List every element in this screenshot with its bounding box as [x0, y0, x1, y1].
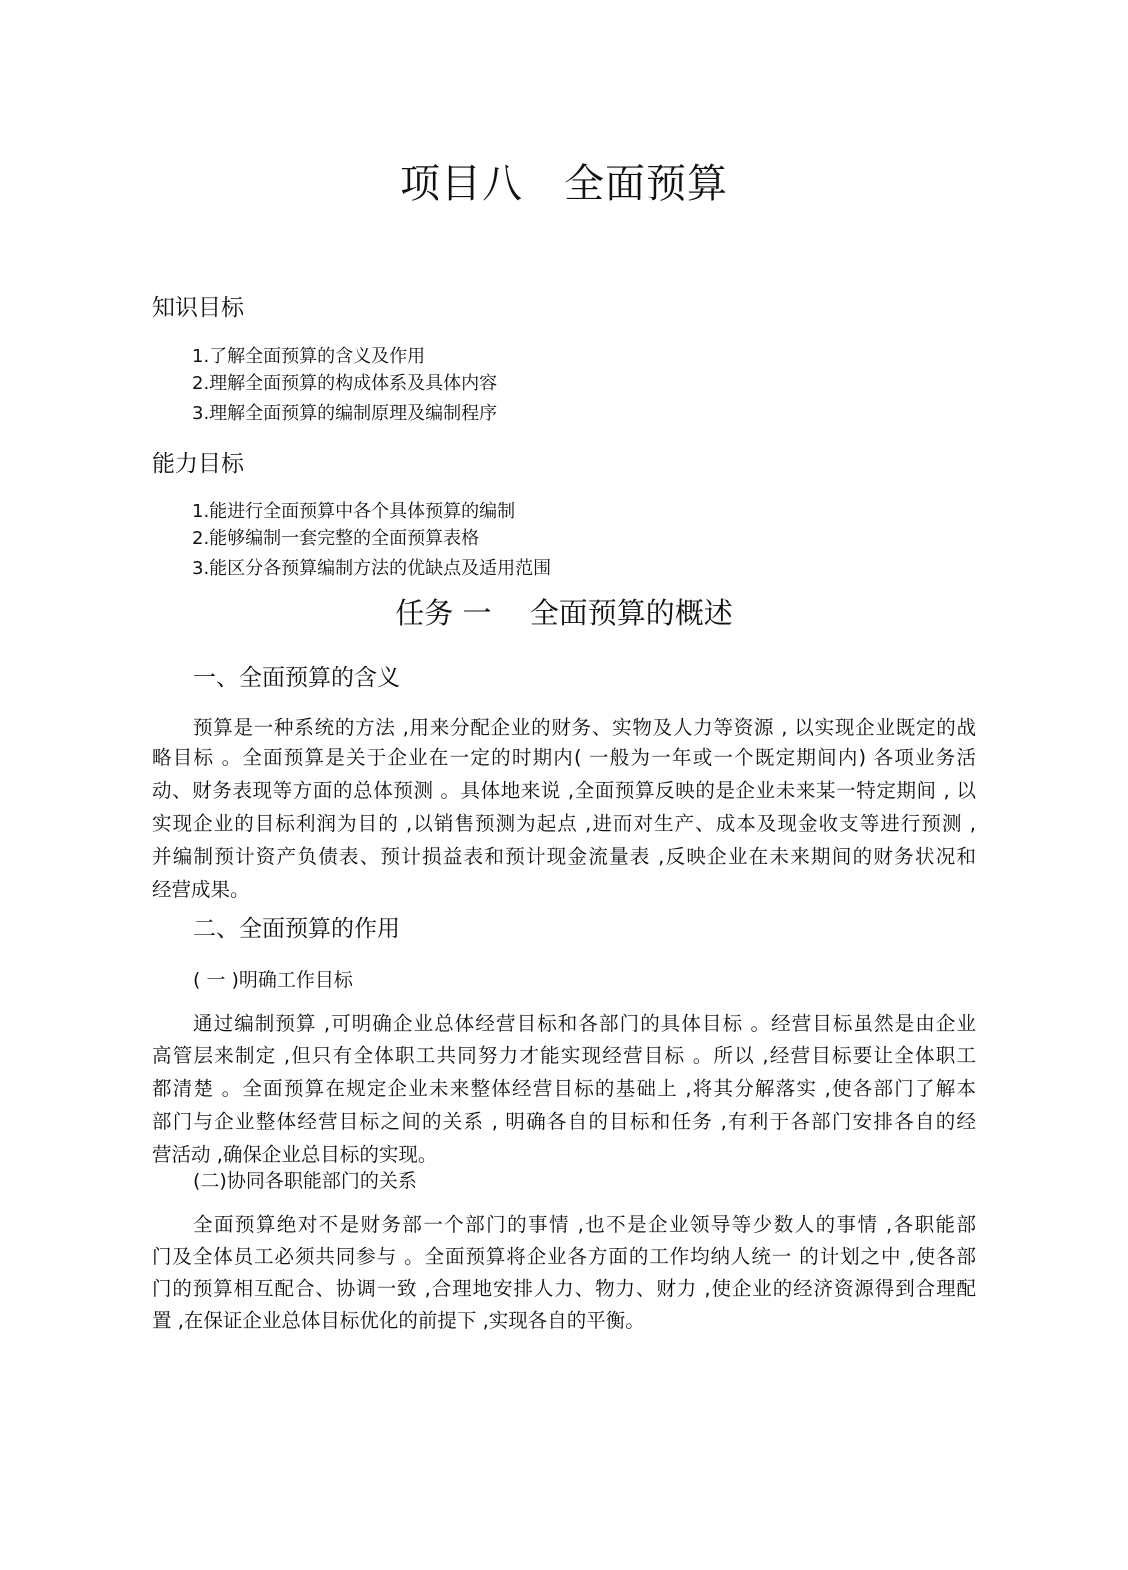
paragraph-line: 都清楚 。全面预算在规定企业未来整体经营目标的基础上 ,将其分解落实 ,使各部门…: [152, 1073, 976, 1101]
knowledge-goal-item: 1.了解全面预算的含义及作用: [192, 342, 425, 368]
paragraph-line: 并编制预计资产负债表、预计损益表和预计现金流量表 ,反映企业在未来期间的财务状况…: [152, 841, 976, 869]
knowledge-goal-item: 2.理解全面预算的构成体系及具体内容: [192, 369, 497, 395]
ability-goal-item: 3.能区分各预算编制方法的优缺点及适用范围: [192, 554, 551, 580]
knowledge-goals-heading: 知识目标: [152, 289, 244, 322]
paragraph-line: 全面预算绝对不是财务部一个部门的事情 ,也不是企业领导等少数人的事情 ,各职能部: [193, 1209, 976, 1237]
paragraph-line: 部门与企业整体经营目标之间的关系 , 明确各自的目标和任务 ,有利于各部门安排各…: [152, 1106, 976, 1134]
section-heading-role: 二、全面预算的作用: [193, 910, 400, 943]
ability-goal-item: 2.能够编制一套完整的全面预算表格: [192, 524, 479, 550]
paragraph-line: 门及全体员工必须共同参与 。全面预算将企业各方面的工作均纳人统一 的计划之中 ,…: [152, 1241, 976, 1269]
page-title: 项目八 全面预算: [0, 152, 1128, 209]
knowledge-goal-item: 3.理解全面预算的编制原理及编制程序: [192, 399, 497, 425]
ability-goals-heading: 能力目标: [152, 445, 244, 478]
paragraph-line: 动、财务表现等方面的总体预测 。具体地来说 ,全面预算反映的是企业未来某一特定期…: [152, 775, 976, 803]
task-title: 任务 一 全面预算的概述: [0, 591, 1128, 632]
ability-goal-item: 1.能进行全面预算中各个具体预算的编制: [192, 497, 515, 523]
subsection-heading-goals: ( 一 )明确工作目标: [193, 965, 353, 992]
paragraph-line: 通过编制预算 ,可明确企业总体经营目标和各部门的具体目标 。经营目标虽然是由企业: [193, 1008, 976, 1036]
section-heading-meaning: 一、全面预算的含义: [193, 659, 400, 692]
paragraph-line: 预算是一种系统的方法 ,用来分配企业的财务、实物及人力等资源 , 以实现企业既定…: [193, 712, 976, 740]
paragraph-line: 门的预算相互配合、协调一致 ,合理地安排人力、物力、财力 ,使企业的经济资源得到…: [152, 1273, 976, 1301]
paragraph-line: 经营成果。: [152, 874, 976, 902]
paragraph-line: 高管层来制定 ,但只有全体职工共同努力才能实现经营目标 。所以 ,经营目标要让全…: [152, 1040, 976, 1068]
subsection-heading-coordination: (二)协同各职能部门的关系: [193, 1166, 417, 1193]
paragraph-line: 营活动 ,确保企业总目标的实现。: [152, 1139, 976, 1167]
paragraph-line: 实现企业的目标利润为目的 ,以销售预测为起点 ,进而对生产、成本及现金收支等进行…: [152, 808, 976, 836]
paragraph-line: 略目标 。全面预算是关于企业在一定的时期内( 一般为一年或一个既定期间内) 各项…: [152, 742, 976, 770]
paragraph-line: 置 ,在保证企业总体目标优化的前提下 ,实现各自的平衡。: [152, 1305, 976, 1333]
